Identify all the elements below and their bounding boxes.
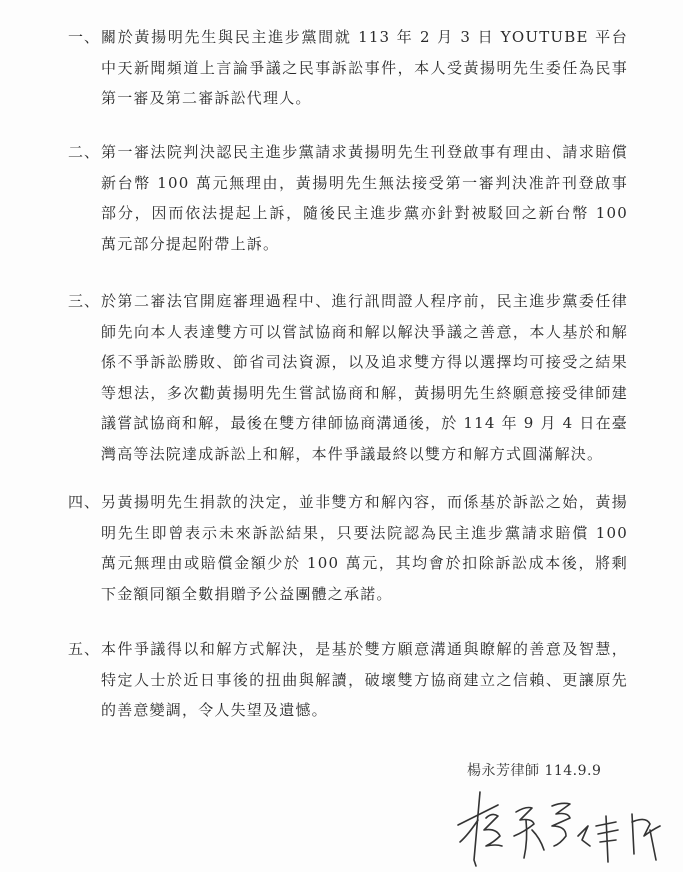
paragraph-5: 五、 本件爭議得以和解方式解決，是基於雙方願意溝通與瞭解的善意及智慧，特定人士於… [68,634,628,726]
paragraph-number: 五、 [68,634,102,664]
paragraph-4: 四、 另黃揚明先生捐款的決定，並非雙方和解內容，而係基於訴訟之始，黃揚明先生即曾… [68,487,628,609]
document-page: 一、 關於黃揚明先生與民主進步黨間就 113 年 2 月 3 日 YOUTUBE… [0,0,683,872]
paragraph-text: 本件爭議得以和解方式解決，是基於雙方願意溝通與瞭解的善意及智慧，特定人士於近日事… [101,634,628,726]
paragraph-number: 二、 [68,137,102,167]
paragraph-number: 三、 [68,286,102,316]
paragraph-text: 於第二審法官開庭審理過程中、進行訊問證人程序前，民主進步黨委任律師先向本人表達雙… [101,286,628,469]
handwritten-signature-icon [450,780,680,872]
signature-line: 楊永芳律師 114.9.9 [467,760,601,780]
paragraph-text: 第一審法院判決認民主進步黨請求黃揚明先生刊登啟事有理由、請求賠償新台幣 100 … [101,137,628,259]
paragraph-text: 另黃揚明先生捐款的決定，並非雙方和解內容，而係基於訴訟之始，黃揚明先生即曾表示未… [101,487,628,609]
paragraph-text: 關於黃揚明先生與民主進步黨間就 113 年 2 月 3 日 YOUTUBE 平台… [101,22,628,114]
paragraph-3: 三、 於第二審法官開庭審理過程中、進行訊問證人程序前，民主進步黨委任律師先向本人… [68,286,628,469]
paragraph-number: 四、 [68,487,102,517]
paragraph-2: 二、 第一審法院判決認民主進步黨請求黃揚明先生刊登啟事有理由、請求賠償新台幣 1… [68,137,628,259]
paragraph-number: 一、 [68,22,102,52]
paragraph-1: 一、 關於黃揚明先生與民主進步黨間就 113 年 2 月 3 日 YOUTUBE… [68,22,628,114]
